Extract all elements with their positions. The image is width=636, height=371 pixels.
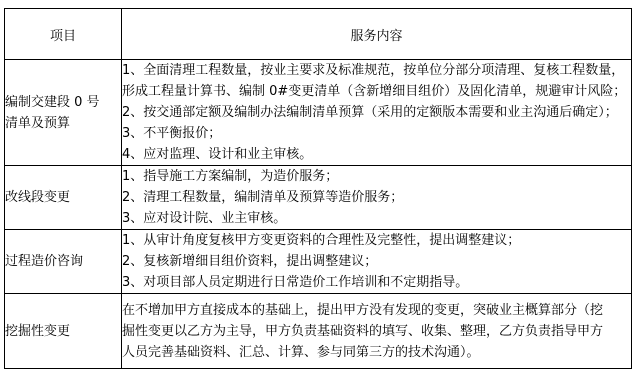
content-text-line: 1、全面清理工程数量，按业主要求及标准规范，按单位分部分项清理、复核工程数量， xyxy=(122,60,631,81)
column-header-content: 服务内容 xyxy=(122,9,632,60)
content-text-line: 3、应对设计院、业主审核。 xyxy=(122,208,631,229)
table-row: 编制交建段 0 号 清单及预算 1、全面清理工程数量，按业主要求及标准规范，按单… xyxy=(5,60,632,166)
table-row: 过程造价咨询 1、从审计角度复核甲方变更资料的合理性及完整性，提出调整建议； 2… xyxy=(5,230,632,294)
item-label-line: 编制交建段 0 号 xyxy=(5,92,121,113)
content-text-line: 形成工程量计算书、编制 0#变更清单（含新增细目组价）及固化清单，规避审计风险； xyxy=(122,81,631,102)
item-cell: 编制交建段 0 号 清单及预算 xyxy=(5,60,122,166)
item-cell: 改线段变更 xyxy=(5,166,122,230)
content-cell: 在不增加甲方直接成本的基础上，提出甲方没有发现的变更，突破业主概算部分（挖 掘性… xyxy=(122,294,632,369)
table-row: 挖掘性变更 在不增加甲方直接成本的基础上，提出甲方没有发现的变更，突破业主概算部… xyxy=(5,294,632,369)
content-text-line: 1、指导施工方案编制，为造价服务； xyxy=(122,166,631,187)
item-cell: 过程造价咨询 xyxy=(5,230,122,294)
content-text-line: 2、按交通部定额及编制办法编制清单预算（采用的定额版本需要和业主沟通后确定）； xyxy=(122,102,631,123)
item-label-line: 清单及预算 xyxy=(5,113,121,134)
content-text-line: 4、应对监理、设计和业主审核。 xyxy=(122,144,631,165)
content-cell: 1、从审计角度复核甲方变更资料的合理性及完整性，提出调整建议； 2、复核新增细目… xyxy=(122,230,632,294)
content-text-line: 在不增加甲方直接成本的基础上，提出甲方没有发现的变更，突破业主概算部分（挖 xyxy=(122,300,631,321)
item-label-line: 改线段变更 xyxy=(5,187,121,208)
content-text-line: 2、复核新增细目组价资料，提出调整建议； xyxy=(122,251,631,272)
content-text-line: 人员完善基础资料、汇总、计算、参与同第三方的技术沟通）。 xyxy=(122,342,631,363)
table-row: 改线段变更 1、指导施工方案编制，为造价服务； 2、清理工程数量，编制清单及预算… xyxy=(5,166,632,230)
content-text-line: 掘性变更以乙方为主导，甲方负责基础资料的填写、收集、整理，乙方负责指导甲方 xyxy=(122,321,631,342)
content-text-line: 1、从审计角度复核甲方变更资料的合理性及完整性，提出调整建议； xyxy=(122,230,631,251)
table-header-row: 项目 服务内容 xyxy=(5,9,632,60)
content-cell: 1、全面清理工程数量，按业主要求及标准规范，按单位分部分项清理、复核工程数量， … xyxy=(122,60,632,166)
content-text-line: 3、不平衡报价； xyxy=(122,123,631,144)
item-label-line: 过程造价咨询 xyxy=(5,251,121,272)
service-content-table: 项目 服务内容 编制交建段 0 号 清单及预算 1、全面清理工程数量，按业主要求… xyxy=(4,8,632,369)
item-cell: 挖掘性变更 xyxy=(5,294,122,369)
content-text-line: 2、清理工程数量，编制清单及预算等造价服务； xyxy=(122,187,631,208)
content-text-line: 3、对项目部人员定期进行日常造价工作培训和不定期指导。 xyxy=(122,272,631,293)
item-label-line: 挖掘性变更 xyxy=(5,321,121,342)
content-cell: 1、指导施工方案编制，为造价服务； 2、清理工程数量，编制清单及预算等造价服务；… xyxy=(122,166,632,230)
column-header-item: 项目 xyxy=(5,9,122,60)
